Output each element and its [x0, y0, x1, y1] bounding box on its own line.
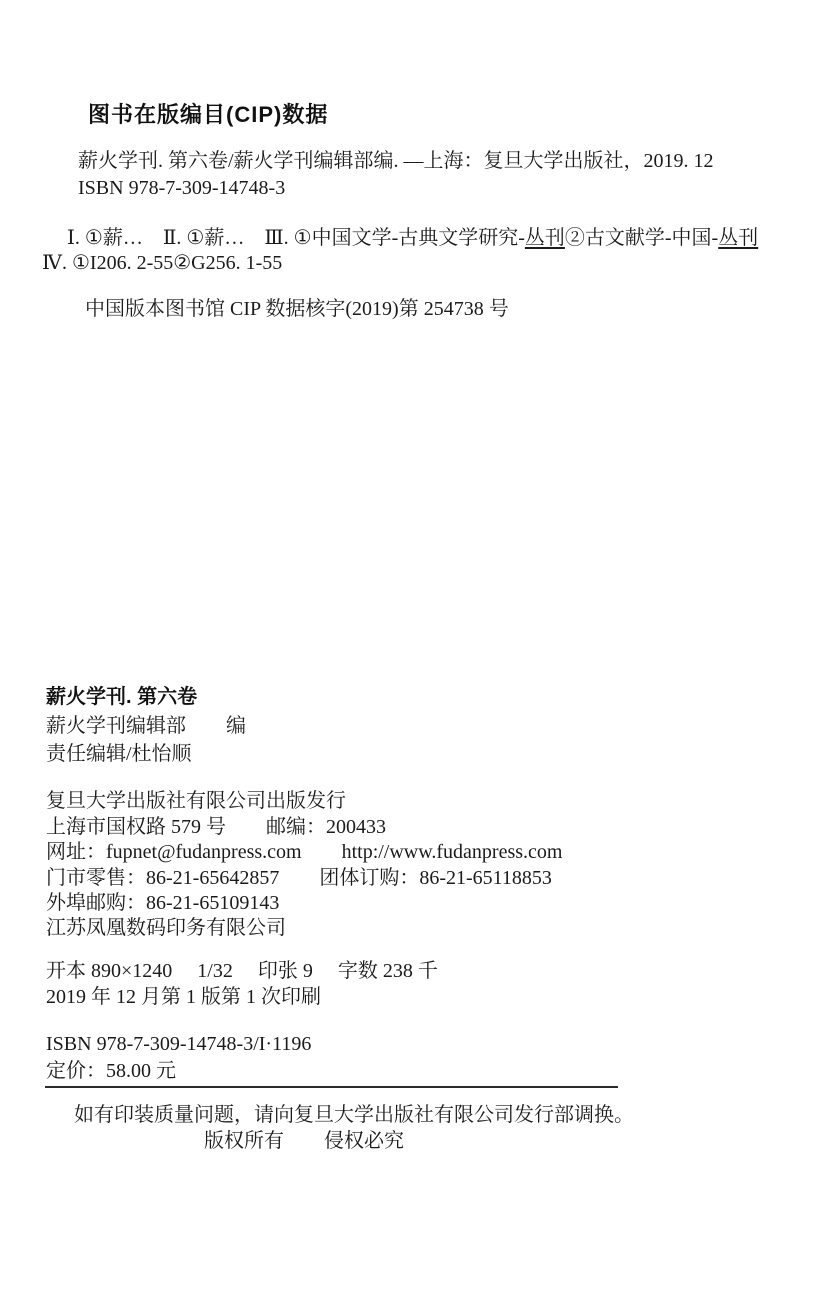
isbn-full-line: ISBN 978-7-309-14748-3/I·1196	[46, 1032, 311, 1057]
price-line: 定价：58.00 元	[46, 1059, 176, 1084]
copyright-rights-line: 版权所有 侵权必究	[204, 1129, 404, 1154]
responsible-editor-line: 责任编辑/杜怡顺	[46, 742, 192, 767]
editor-line: 薪火学刊编辑部 编	[46, 714, 246, 739]
mail-order-phone-line: 外埠邮购：86-21-65109143	[46, 891, 279, 916]
publisher-website-line: 网址：fupnet@fudanpress.com http://www.fuda…	[46, 840, 562, 865]
footer-divider-rule	[45, 1086, 618, 1088]
cip-title-line: 薪火学刊. 第六卷/薪火学刊编辑部编. —上海：复旦大学出版社，2019. 12	[78, 149, 714, 174]
quality-notice-line: 如有印装质量问题，请向复旦大学出版社有限公司发行部调换。	[74, 1103, 634, 1128]
cip-record-number-line: 中国版本图书馆 CIP 数据核字(2019)第 254738 号	[85, 297, 509, 322]
edition-printing-line: 2019 年 12 月第 1 版第 1 次印刷	[46, 985, 321, 1010]
cip-class-part1: Ⅰ. ①薪… Ⅱ. ①薪… Ⅲ. ①中国文学-古典文学研究-	[67, 227, 525, 249]
book-format-line: 开本 890×1240 1/32 印张 9 字数 238 千	[46, 959, 438, 984]
retail-phone-line: 门市零售：86-21-65642857 团体订购：86-21-65118853	[46, 866, 552, 891]
cip-class-underlined-term-1: 丛刊	[525, 227, 565, 249]
cip-header: 图书在版编目(CIP)数据	[88, 101, 328, 129]
book-title: 薪火学刊. 第六卷	[46, 685, 197, 710]
cip-class-underlined-term-2: 丛刊	[718, 227, 758, 249]
cip-isbn-line: ISBN 978-7-309-14748-3	[78, 176, 285, 201]
publisher-line: 复旦大学出版社有限公司出版发行	[46, 789, 346, 814]
printer-line: 江苏凤凰数码印务有限公司	[46, 916, 286, 941]
cip-classification-line-1: Ⅰ. ①薪… Ⅱ. ①薪… Ⅲ. ①中国文学-古典文学研究-丛刊②古文献学-中国…	[67, 226, 758, 251]
copyright-page: 图书在版编目(CIP)数据 薪火学刊. 第六卷/薪火学刊编辑部编. —上海：复旦…	[0, 0, 828, 1306]
publisher-address-line: 上海市国权路 579 号 邮编：200433	[46, 815, 386, 840]
cip-classification-line-2: Ⅳ. ①I206. 2-55②G256. 1-55	[42, 251, 282, 276]
cip-class-part2: ②古文献学-中国-	[565, 227, 718, 249]
